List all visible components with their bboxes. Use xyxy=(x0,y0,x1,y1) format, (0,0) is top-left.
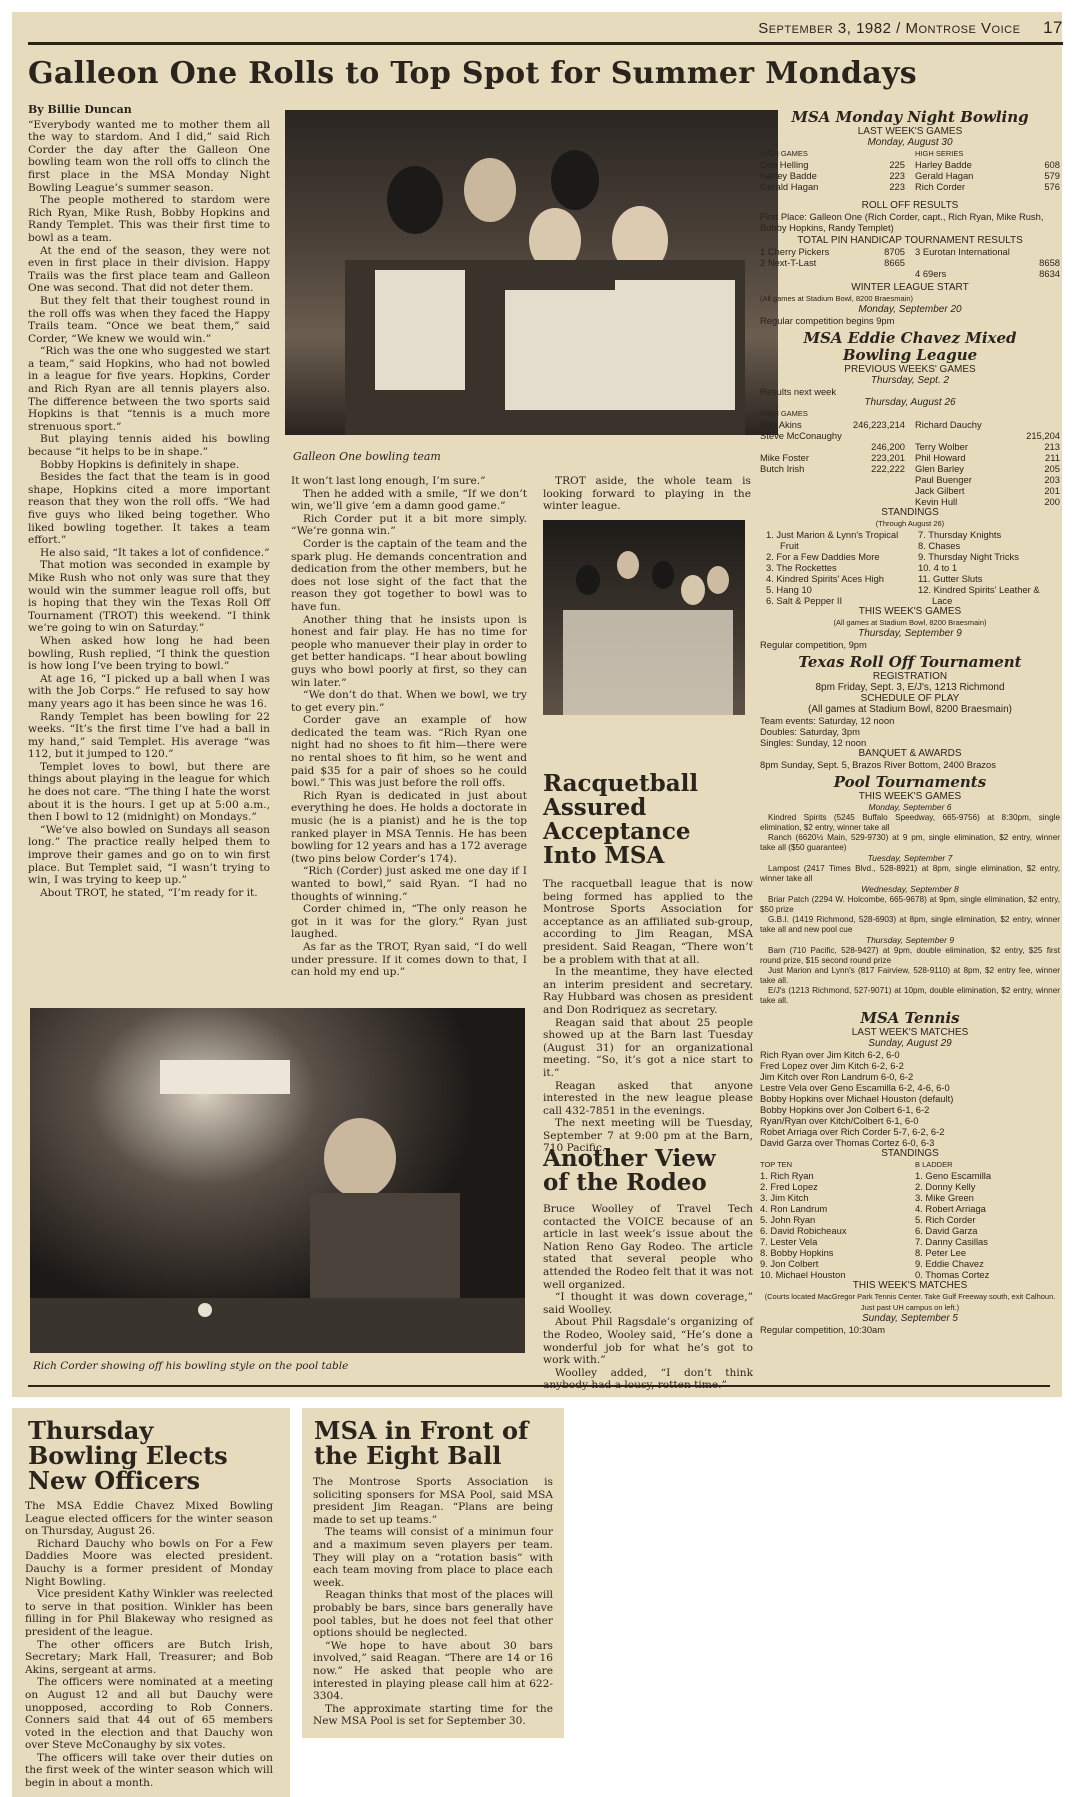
monday-bowling-title: MSA Monday Night Bowling xyxy=(760,109,1060,126)
main-article-col3: TROT aside, the whole team is looking fo… xyxy=(543,475,751,513)
thursday-bowling-body: The MSA Eddie Chavez Mixed Bowling Leagu… xyxy=(25,1500,273,1790)
rodeo-body: Bruce Woolley of Travel Tech contacted t… xyxy=(543,1203,753,1392)
team-photo-figures xyxy=(285,110,778,435)
team-photo-caption: Galleon One bowling team xyxy=(293,450,441,463)
monday-high-scores: HIGH GAMES Don Helling225 Harley Badde22… xyxy=(760,148,1060,192)
main-article-col1: By Billie Duncan “Everybody wanted me to… xyxy=(28,104,270,899)
rodeo-headline: Another View of the Rodeo xyxy=(543,1147,743,1195)
thursday-bowling-headline: Thursday Bowling Elects New Officers xyxy=(28,1418,228,1493)
main-headline: Galleon One Rolls to Top Spot for Summer… xyxy=(28,56,917,91)
bottom-rule xyxy=(28,1385,1050,1387)
chavez-standings: 1. Just Marion & Lynn's Tropical Fruit 2… xyxy=(760,529,1060,606)
tennis-matches: Rich Ryan over Jim Kitch 6-2, 6-0 Fred L… xyxy=(760,1049,1060,1148)
pool-schedule: Monday, September 6 Kindred Spirits (524… xyxy=(760,802,1060,1006)
page-number: 17 xyxy=(1043,18,1063,37)
eight-ball-body: The Montrose Sports Association is solic… xyxy=(313,1476,553,1728)
trot-title: Texas Roll Off Tournament xyxy=(760,654,1060,671)
masthead: September 3, 1982 / Montrose Voice 17 xyxy=(28,18,1063,45)
chavez-league-title: MSA Eddie Chavez Mixed Bowling League xyxy=(760,330,1060,364)
pool-table-photo xyxy=(30,1008,525,1353)
racquetball-headline: Racquetball Assured Acceptance Into MSA xyxy=(543,772,743,868)
pool-photo-caption: Rich Corder showing off his bowling styl… xyxy=(33,1360,348,1372)
tph-results: 1 Cherry Pickers8705 2 Next-T-Last8665 3… xyxy=(760,246,1060,279)
masthead-date: September 3, 1982 / Montrose Voice xyxy=(758,20,1020,37)
byline: By Billie Duncan xyxy=(28,104,270,117)
team-photo-small xyxy=(543,520,745,715)
chavez-high-games: Bob Akins246,223,214 Steve McConaughy 24… xyxy=(760,419,1060,507)
pool-tournaments-title: Pool Tournaments xyxy=(760,774,1060,791)
tennis-standings: TOP TEN 1. Rich Ryan 2. Fred Lopez 3. Ji… xyxy=(760,1159,1060,1280)
eight-ball-headline: MSA in Front of the Eight Ball xyxy=(314,1418,549,1468)
tennis-title: MSA Tennis xyxy=(760,1010,1060,1027)
main-article-col2: It won’t last long enough, I’m sure.” Th… xyxy=(291,475,527,979)
racquetball-body: The racquetball league that is now being… xyxy=(543,878,753,1155)
pool-table-figures xyxy=(30,1008,525,1353)
team-photo xyxy=(285,110,778,435)
team-photo-small-figures xyxy=(543,520,745,715)
sports-sidebar: MSA Monday Night Bowling LAST WEEK'S GAM… xyxy=(760,105,1060,1335)
